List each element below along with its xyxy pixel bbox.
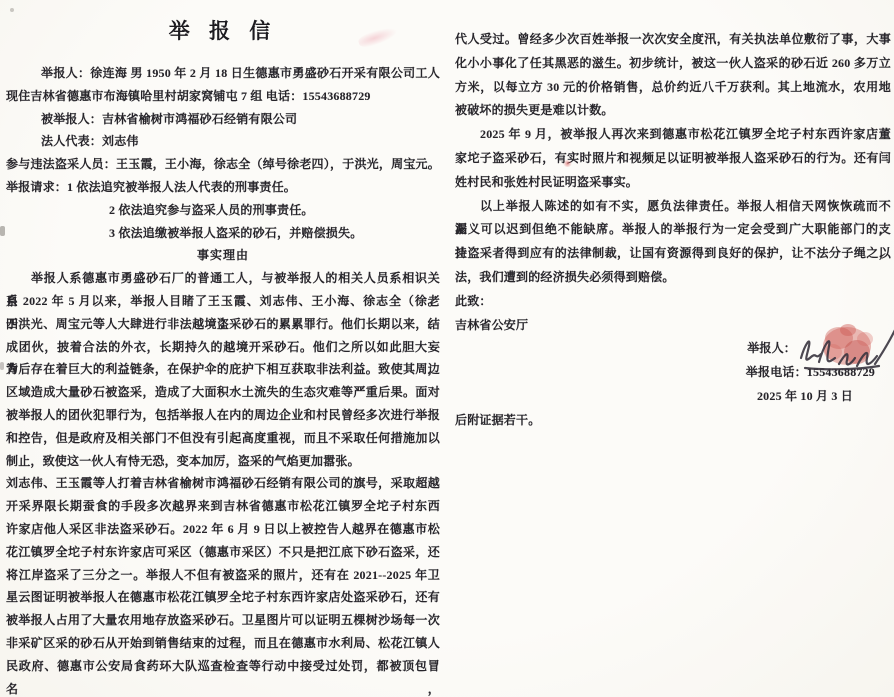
text-line: 化小小事化了任其黑恶的滋生。初步统计，被这一伙人盗采的砂石近 260 多万立 — [455, 52, 891, 76]
report-phone-line: 举报电话：15543688729 — [455, 361, 891, 385]
postscript-line: 后附证据若干。 — [455, 409, 891, 433]
text-line: 成团伙，披着合法的外衣，长期持久的越境开采砂石。他们之所以如此胆大妄为， — [6, 336, 440, 359]
text-line: 被举报人的团伙犯罪行为，包括举报人在内的周边企业和村民曾经多次进行举报 — [6, 404, 440, 427]
text-line: 许家店他人采区非法盗采砂石。2022 年 6 月 9 日以上被控告人越界在德惠市… — [6, 518, 440, 541]
right-body-lines: 代人受过。曾经多少次百姓举报一次次安全度汛，有关执法单位敷衍了事，大事化小小事化… — [455, 28, 891, 337]
text-line: 举报人：徐连海 男 1950 年 2 月 18 日生德惠市勇盛砂石开采有限公司工… — [6, 62, 440, 85]
scan-edge-mark — [0, 362, 4, 370]
text-line: 区域造成大量砂石被盗采，造成了大面积水土流失的生态灾难等严重后果。面对 — [6, 381, 440, 404]
text-line: 刘志伟、王玉霞等人打着吉林省榆树市鸿福砂石经销有限公司的旗号，采取超越 — [6, 472, 440, 495]
date-line: 2025 年 10 月 3 日 — [455, 385, 891, 409]
text-line: 吉林省公安厅 — [455, 314, 891, 338]
text-line: 2025 年 9 月，被举报人再次来到德惠市松花江镇罗全坨子村东西许家店董 — [455, 123, 891, 147]
text-line: 参与违法盗采人员：王玉霞，王小海，徐志全（绰号徐老四），于洪光，周宝元。 — [6, 153, 440, 176]
text-line: 法，我们遭到的经济损失必须得到赔偿。 — [455, 266, 891, 290]
signer-label: 举报人： — [747, 341, 796, 355]
text-line: 家坨子盗采砂石，有实时照片和视频足以证明被举报人盗采砂石的行为。还有闫 — [455, 147, 891, 171]
text-line: 以上举报人陈述的如有不实，愿负法律责任。举报人相信天网恢恢疏而不漏， — [455, 195, 891, 219]
text-line: 此致： — [455, 290, 891, 314]
text-line: 于洪光、周宝元等人大肆进行非法越境盗采砂石的累累罪行。他们长期以来，结 — [6, 313, 440, 336]
signer-row: 举报人： — [455, 337, 891, 361]
scan-speck — [10, 8, 14, 12]
text-line: 让盗采者得到应有的法律制裁，让国有资源得到良好的保护，让不法分子绳之以 — [455, 242, 891, 266]
text-line: 背后存在着巨大的利益链条，在保护伞的庇护下相互获取非法利益。致使其周边 — [6, 358, 440, 381]
text-line: 星云图证明被举报人在德惠市松花江镇罗全坨子村东西许家店处盗采砂石，还有 — [6, 586, 440, 609]
text-line: 被举报人占用了大量农用地存放盗采砂石。卫星图片可以证明五棵树沙场每一次 — [6, 609, 440, 632]
scan-edge-mark — [0, 226, 5, 236]
text-line: 3 依法追缴被举报人盗采的砂石，并赔偿损失。 — [6, 222, 440, 245]
text-line: 花江镇罗全坨子村东许家店可采区（德惠市采区）不只是把江底下砂石盗采，还 — [6, 541, 440, 564]
text-line: 自 2022 年 5 月以来，举报人目睹了王玉霞、刘志伟、王小海、徐志全（徐老四… — [6, 290, 440, 313]
scanned-letter-page: 举 报 信 举报人：徐连海 男 1950 年 2 月 18 日生德惠市勇盛砂石开… — [0, 0, 894, 697]
text-line: 和控告，但是政府及相关部门不但没有引起高度重视，而且不采取任何措施加以 — [6, 427, 440, 450]
text-line: 被破坏的损失更是难以计数。 — [455, 99, 891, 123]
text-line: 事实理由 — [6, 244, 440, 267]
text-line: 制止，致使这一伙人有恃无恐，变本加厉，盗采的气焰更加嚣张。 — [6, 450, 440, 473]
text-line: 现住吉林省德惠市布海镇哈里村胡家窝铺屯 7 组 电话：15543688729 — [6, 85, 440, 108]
left-column: 举 报 信 举报人：徐连海 男 1950 年 2 月 18 日生德惠市勇盛砂石开… — [6, 16, 440, 678]
text-line: 方米，以每立方 30 元的价格销售，总价约近八千万获利。其上地流水，农用地 — [455, 76, 891, 100]
text-line: 法人代表：刘志伟 — [6, 130, 440, 153]
text-line: 被举报人：吉林省榆树市鸿福砂石经销有限公司 — [6, 108, 440, 131]
text-line: 民政府、德惠市公安局食药环大队巡查检查等行动中接受过处罚，都被顶包冒名， — [6, 655, 440, 678]
text-line: 正义可以迟到但绝不能缺席。举报人的举报行为一定会受到广大职能部门的支持， — [455, 218, 891, 242]
left-body-lines: 举报人：徐连海 男 1950 年 2 月 18 日生德惠市勇盛砂石开采有限公司工… — [6, 62, 440, 678]
text-line: 非采矿区采的砂石从开始到销售结束的过程，而且在德惠市水利局、松花江镇人 — [6, 632, 440, 655]
text-line: 代人受过。曾经多少次百姓举报一次次安全度汛，有关执法单位敷衍了事，大事 — [455, 28, 891, 52]
text-line: 姓村民和张姓村民证明盗采事实。 — [455, 171, 891, 195]
letter-title: 举 报 信 — [6, 16, 440, 46]
right-column: 代人受过。曾经多少次百姓举报一次次安全度汛，有关执法单位敷衍了事，大事化小小事化… — [455, 28, 891, 433]
text-line: 举报人系德惠市勇盛砂石厂的普通工人，与被举报人的相关人员系相识关系。 — [6, 267, 440, 290]
text-line: 将江岸盗采了三分之一。举报人不但有被盗采的照片，还有在 2021--2025 年… — [6, 564, 440, 587]
text-line: 2 依法追究参与盗采人员的刑事责任。 — [6, 199, 440, 222]
text-line: 开采界限长期蚕食的手段多次越界来到吉林省德惠市松花江镇罗全坨子村东西 — [6, 495, 440, 518]
text-line: 举报请求：1 依法追究被举报人法人代表的刑事责任。 — [6, 176, 440, 199]
